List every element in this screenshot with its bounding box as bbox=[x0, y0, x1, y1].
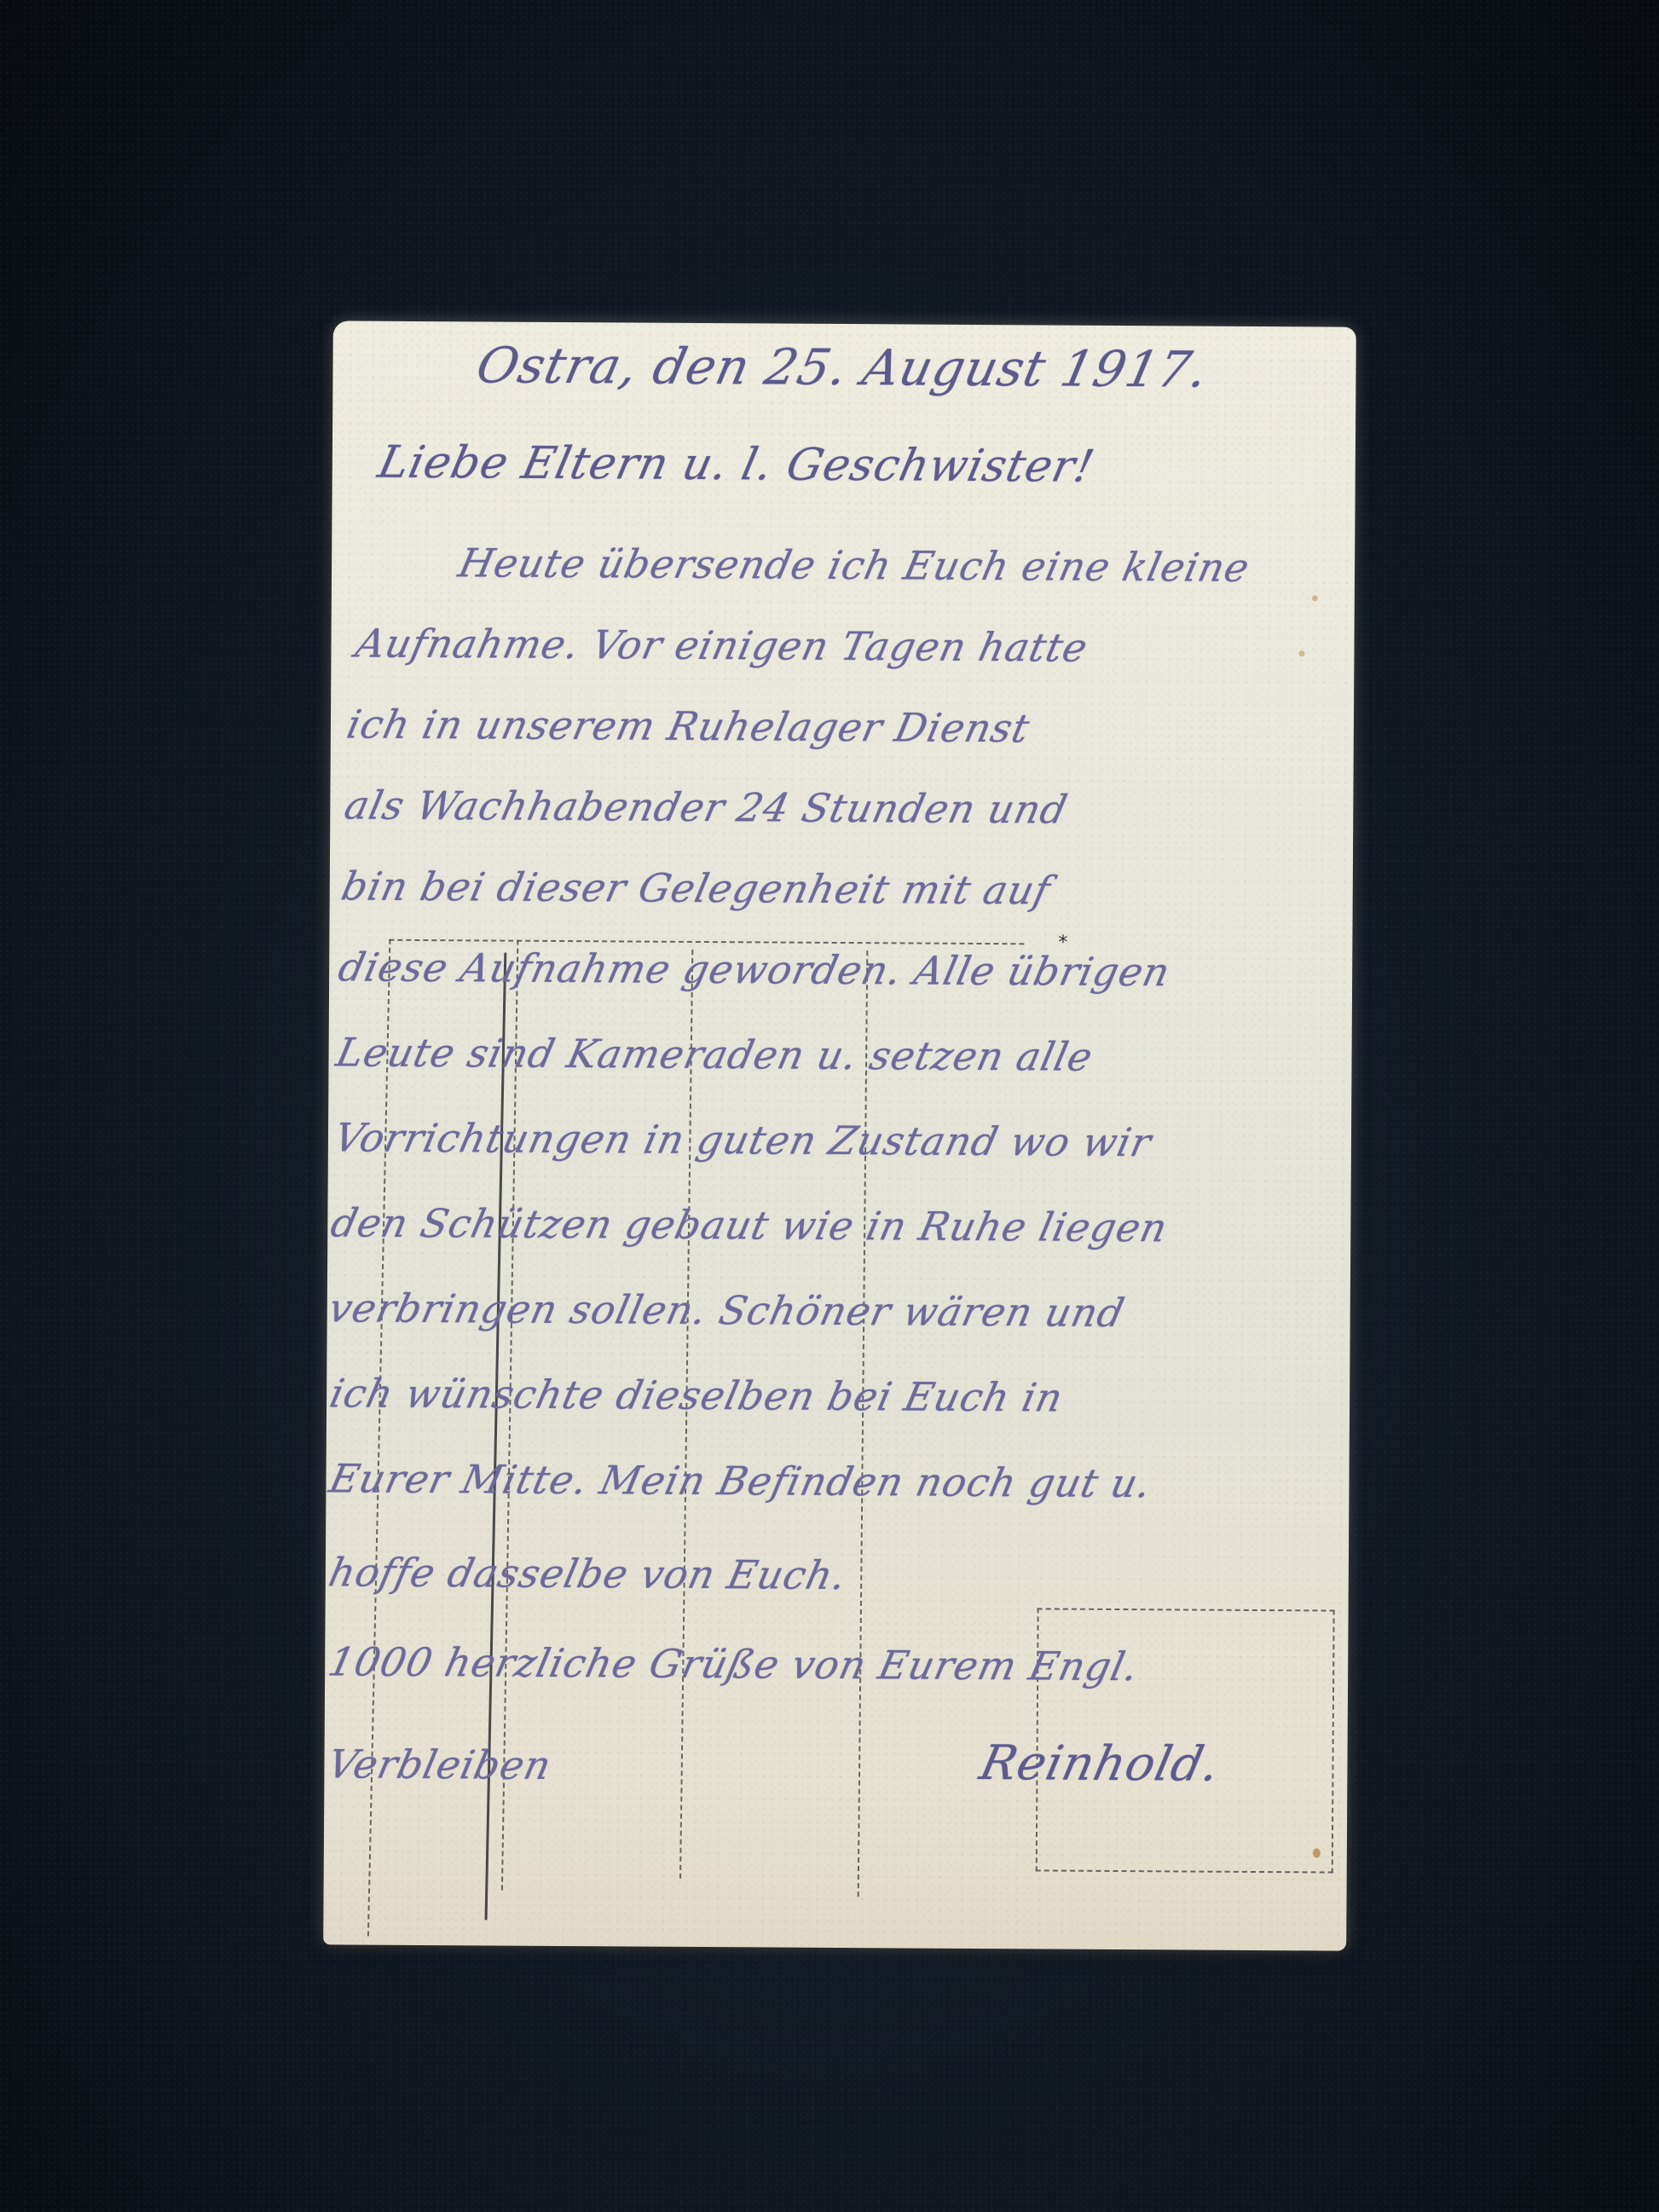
body-line: hoffe dasselbe von Euch. bbox=[326, 1552, 851, 1595]
foxing-spot bbox=[1312, 595, 1318, 601]
body-line: als Wachhabender 24 Stunden und bbox=[341, 785, 1071, 829]
postcard: * Ostra, den 25. August 1917. Liebe Elte… bbox=[323, 321, 1356, 1950]
signature: Reinhold. bbox=[975, 1740, 1224, 1789]
body-line: Eurer Mitte. Mein Befinden noch gut u. bbox=[327, 1458, 1156, 1503]
body-line: diese Aufnahme geworden. Alle übrigen bbox=[335, 947, 1174, 991]
closing-line: 1000 herzliche Grüße von Eurem Engl. bbox=[325, 1642, 1142, 1686]
salutation: Liebe Eltern u. l. Geschwister! bbox=[374, 441, 1098, 489]
body-line: Vorrichtungen in guten Zustand wo wir bbox=[331, 1118, 1155, 1162]
body-line: verbringen sollen. Schöner wären und bbox=[326, 1288, 1129, 1332]
foxing-spot bbox=[1298, 650, 1304, 656]
body-line: den Schützen gebaut wie in Ruhe liegen bbox=[327, 1203, 1171, 1247]
body-line: bin bei dieser Gelegenheit mit auf bbox=[338, 866, 1055, 910]
place-date-line: Ostra, den 25. August 1917. bbox=[472, 340, 1213, 394]
body-line: Heute übersende ich Euch eine kleine bbox=[455, 543, 1253, 587]
body-line: ich wünschte dieselben bei Euch in bbox=[327, 1373, 1066, 1417]
body-line: ich in unserem Ruhelager Dienst bbox=[344, 704, 1033, 748]
closing-line: Verbleiben bbox=[324, 1744, 555, 1785]
foxing-spot bbox=[1313, 1848, 1321, 1857]
body-line: Aufnahme. Vor einigen Tagen hatte bbox=[352, 624, 1091, 667]
body-line: Leute sind Kameraden u. setzen alle bbox=[333, 1032, 1097, 1076]
